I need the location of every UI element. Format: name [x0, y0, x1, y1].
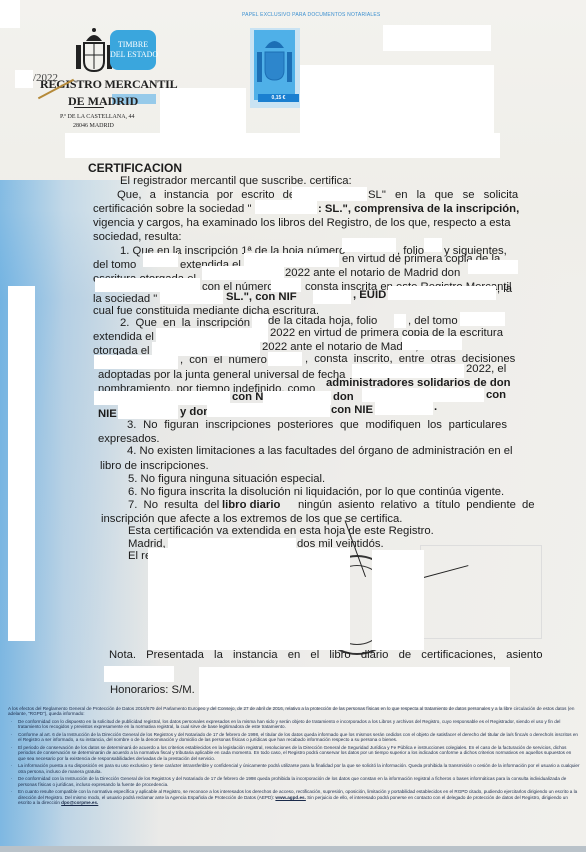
paper-label: PAPEL EXCLUSIVO PARA DOCUMENTOS NOTARIAL…: [242, 12, 380, 18]
text-line: ningún asiento relativo a título pendien…: [298, 498, 535, 512]
legal-item: En cuanto resulte compatible con la norm…: [8, 789, 580, 805]
text-line: 7. No resulta del: [128, 498, 219, 512]
redaction-box: [118, 405, 178, 419]
redaction-box: [402, 336, 462, 350]
legal-item: La información puesta a su disposición e…: [8, 763, 580, 774]
legal-item: El periodo de conservación de los datos …: [8, 745, 580, 761]
aepd-link[interactable]: www.agpd.es.: [275, 795, 305, 800]
redaction-box: [244, 253, 339, 267]
text-line: libro diario: [222, 498, 280, 512]
text-line: SL" en la que se solicita: [368, 188, 518, 202]
redaction-box: [362, 388, 484, 402]
text-line: don: [333, 390, 354, 404]
redaction-box: [65, 133, 500, 158]
note-text: Nota. Presentada la instancia en el libr…: [109, 648, 543, 662]
coat-of-arms-icon: 0,15 €: [254, 30, 295, 100]
redaction-box: [383, 25, 491, 51]
divider: [74, 107, 104, 108]
redaction-box: [0, 0, 20, 28]
timbre-line1: TIMBRE: [110, 40, 156, 50]
redaction-box: [207, 403, 330, 417]
redaction-box: [342, 238, 396, 252]
timbre-line2: DEL ESTADO: [110, 50, 156, 60]
text-line: 2022 ante el notario de Madrid don: [285, 266, 460, 280]
redaction-box: [352, 364, 464, 378]
redaction-box: [143, 253, 178, 267]
redaction-box: [268, 352, 302, 366]
legal-footer: A los efectos del Reglamento General de …: [8, 706, 580, 808]
text-line: sociedad, resulta:: [93, 230, 182, 244]
redaction-box: [156, 328, 268, 342]
text-line: con: [486, 388, 506, 402]
notarial-stamp: 0,15 €: [250, 28, 300, 108]
text-line: adoptadas por la junta general universal…: [98, 368, 345, 382]
redaction-box: [313, 290, 351, 304]
redaction-box: [160, 88, 246, 138]
text-line: NIE: [98, 407, 117, 421]
redaction-box: [460, 312, 505, 326]
seal-frame: [420, 545, 542, 639]
redaction-box: [375, 401, 433, 415]
dpo-email-link[interactable]: dpo@corpme.es.: [61, 800, 98, 805]
redaction-box: [160, 290, 223, 304]
redaction-box: [252, 314, 268, 328]
redaction-box: [152, 342, 260, 356]
text-line: SL.", con NIF: [226, 290, 297, 304]
address-line2: 28046 MADRID: [73, 123, 114, 129]
text-line: El registrador mercantil que suscribe. c…: [120, 174, 352, 188]
text-line: 4. No existen limitaciones a las faculta…: [127, 444, 513, 458]
text-line: : SL.", comprensiva de la inscripción,: [318, 202, 519, 216]
redaction-box: [148, 548, 350, 650]
text-line: 3. No figuran inscripciones posteriores …: [127, 418, 507, 432]
redaction-box: [199, 667, 510, 707]
redaction-box: [8, 286, 35, 641]
text-line: del tomo: [93, 258, 136, 272]
text-line: , EUID: [353, 288, 386, 302]
text-line: y don: [180, 405, 210, 419]
redaction-box: [255, 200, 317, 214]
legal-item: Conforme al art. 6 de la Instrucción de …: [8, 732, 580, 743]
text-line: libro de inscripciones.: [100, 459, 209, 473]
redaction-box: [271, 278, 301, 292]
redaction-box: [394, 314, 406, 328]
address-line1: P.º DE LA CASTELLANA, 44: [60, 114, 135, 120]
crest-icon: [254, 30, 295, 92]
redaction-box: [15, 70, 33, 88]
redaction-box: [300, 65, 494, 135]
legal-intro: A los efectos del Reglamento General de …: [8, 706, 580, 717]
text-line: Esta certificación va extendida en esta …: [128, 524, 434, 538]
legal-item: De conformidad con la Instrucción de la …: [8, 776, 580, 787]
text-line: , la: [497, 282, 512, 296]
redaction-box: [292, 187, 367, 201]
certificate-title: CERTIFICACION: [88, 161, 182, 175]
text-line: .: [434, 400, 437, 414]
stamp-value: 0,15 €: [258, 94, 299, 102]
redaction-box: [104, 666, 174, 682]
redaction-box: [94, 355, 178, 369]
page-edge: [0, 846, 586, 852]
text-line: certificación sobre la sociedad ": [93, 202, 251, 216]
redaction-box: [388, 286, 496, 300]
text-line: 2022, el: [466, 362, 506, 376]
timbre-stamp: TIMBRE DEL ESTADO: [110, 30, 156, 70]
text-line: vigencia y cargos, ha examinado los libr…: [93, 216, 508, 230]
fees-text: Honorarios: S/M.: [110, 683, 195, 697]
redaction-box: [372, 550, 424, 650]
text-line: con NIE: [331, 403, 373, 417]
text-line: 2022 en virtud de primera copia de la es…: [270, 326, 503, 340]
legal-item: De conformidad con lo dispuesto en la so…: [8, 719, 580, 730]
text-line: 6. No figura inscrita la disolución ni l…: [128, 485, 504, 499]
redaction-box: [424, 238, 442, 252]
redaction-box: [468, 260, 518, 274]
coat-of-arms-icon: [74, 27, 114, 74]
text-line: extendida el: [93, 330, 154, 344]
text-line: 5. No figura ninguna situación especial.: [128, 472, 325, 486]
